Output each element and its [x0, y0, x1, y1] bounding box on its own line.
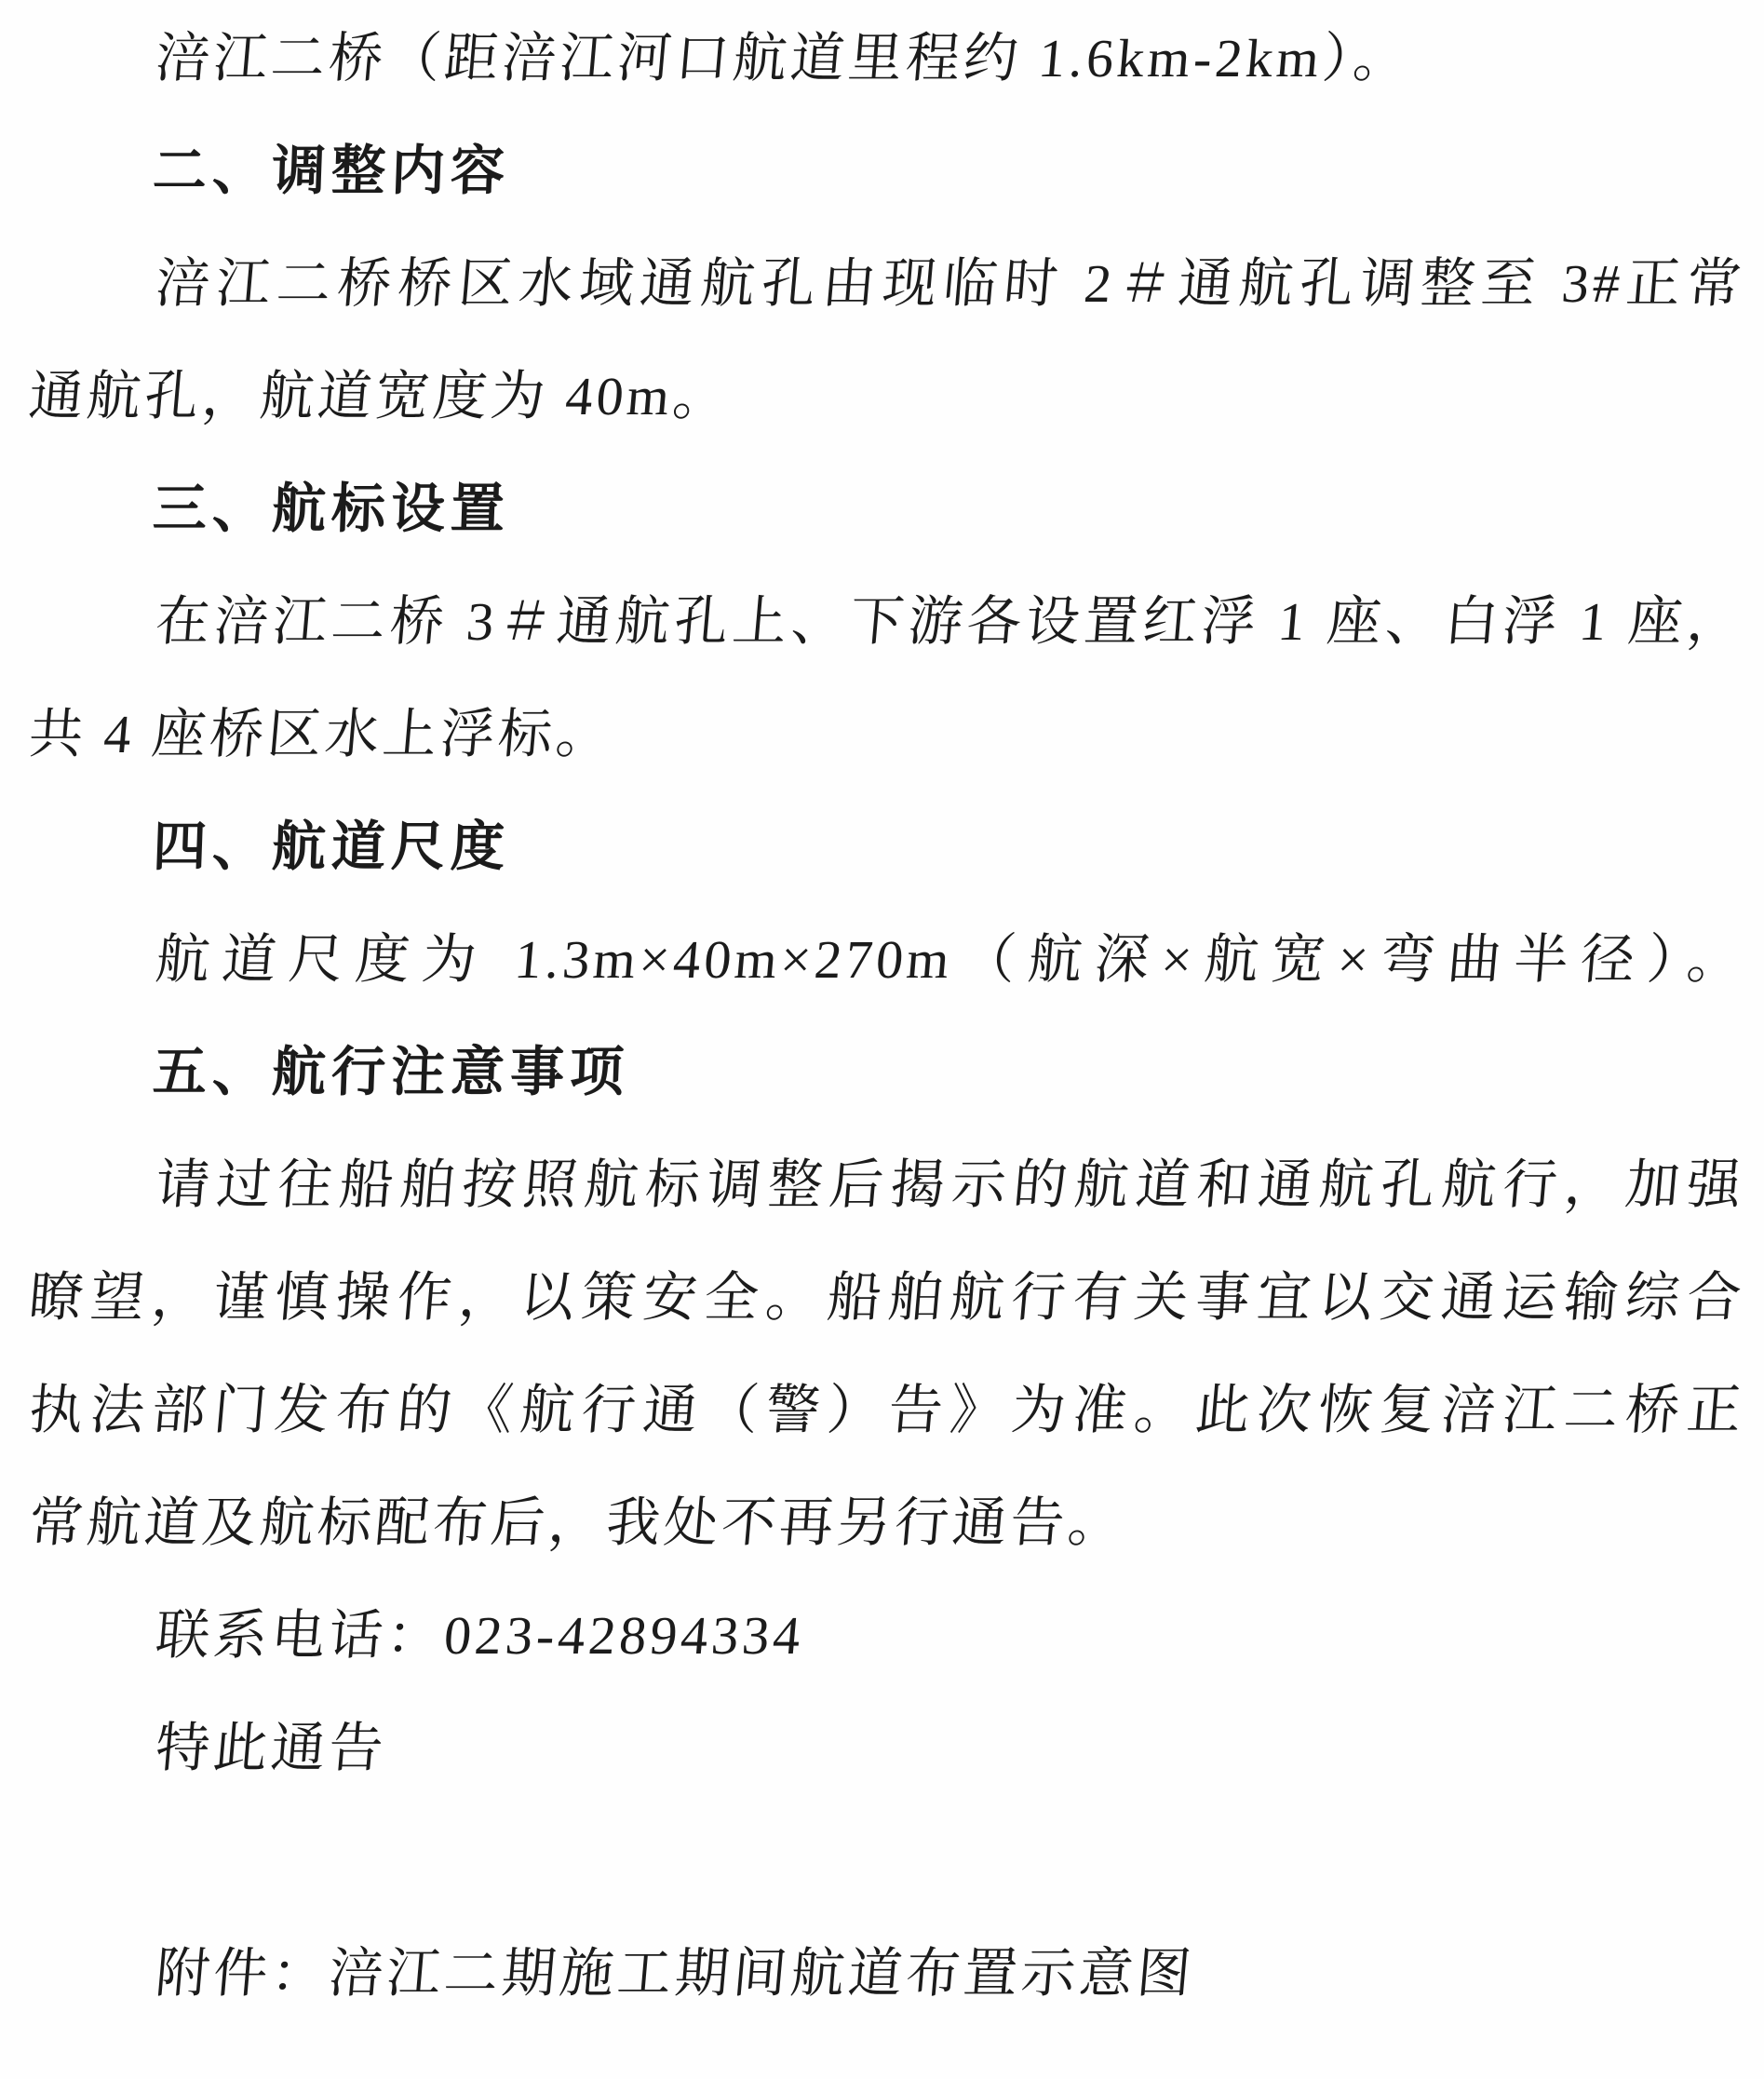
paragraph-line-navigation-1: 请过往船舶按照航标调整后揭示的航道和通航孔航行，加强: [24, 1128, 1750, 1241]
paragraph-line-adjustment-2: 通航孔，航道宽度为 40m。: [24, 340, 1750, 452]
closing-line: 特此通告: [24, 1692, 1750, 1804]
section-heading-adjustment: 二、调整内容: [24, 115, 1744, 227]
section-heading-buoys: 三、航标设置: [24, 452, 1744, 565]
paragraph-line-adjustment-1: 涪江二桥桥区水域通航孔由现临时 2＃通航孔调整至 3#正常: [24, 227, 1750, 340]
paragraph-line-buoys-2: 共 4 座桥区水上浮标。: [24, 678, 1750, 790]
contact-phone-line: 联系电话：023-42894334: [24, 1579, 1750, 1692]
paragraph-line-navigation-2: 瞭望，谨慎操作，以策安全。船舶航行有关事宜以交通运输综合: [24, 1241, 1750, 1354]
paragraph-line-dimensions: 航道尺度为 1.3m×40m×270m（航深×航宽×弯曲半径）。: [24, 903, 1750, 1016]
section-heading-navigation: 五、航行注意事项: [24, 1016, 1744, 1128]
paragraph-line-navigation-4: 常航道及航标配布后，我处不再另行通告。: [24, 1466, 1750, 1579]
paragraph-line-navigation-3: 执法部门发布的《航行通（警）告》为准。此次恢复涪江二桥正: [24, 1354, 1750, 1466]
section-heading-dimensions: 四、航道尺度: [24, 790, 1744, 903]
notice-page: 涪江二桥（距涪江河口航道里程约 1.6km-2km）。 二、调整内容 涪江二桥桥…: [0, 0, 1764, 2079]
paragraph-line-bridge-location: 涪江二桥（距涪江河口航道里程约 1.6km-2km）。: [24, 2, 1750, 115]
paragraph-line-buoys-1: 在涪江二桥 3＃通航孔上、下游各设置红浮 1 座、白浮 1 座，: [24, 565, 1750, 678]
attachment-line: 附件：涪江二期施工期间航道布置示意图: [24, 1917, 1750, 2030]
